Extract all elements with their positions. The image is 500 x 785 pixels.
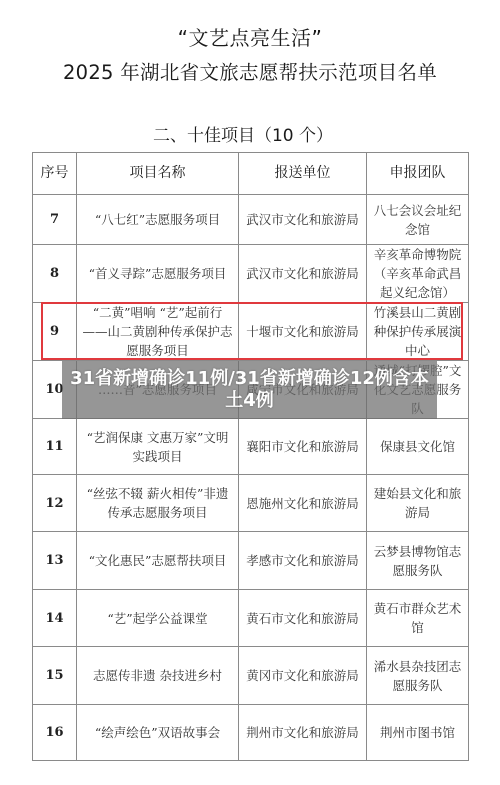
cell-team: 辛亥革命博物院（辛亥革命武昌起义纪念馆） — [367, 245, 469, 303]
table-row: 14 “艺”起学公益课堂 黄石市文化和旅游局 黄石市群众艺术馆 — [33, 590, 469, 647]
cell-no: 13 — [33, 532, 77, 590]
table-row: 7 “八七红”志愿服务项目 武汉市文化和旅游局 八七会议会址纪念馆 — [33, 195, 469, 245]
cell-team: 荆州市图书馆 — [367, 705, 469, 761]
table-row: 16 “绘声绘色”双语故事会 荆州市文化和旅游局 荆州市图书馆 — [33, 705, 469, 761]
projects-table: 序号 项目名称 报送单位 申报团队 7 “八七红”志愿服务项目 武汉市文化和旅游… — [32, 152, 469, 761]
cell-unit: 十堰市文化和旅游局 — [239, 303, 367, 361]
cell-unit: 黄冈市文化和旅游局 — [239, 647, 367, 705]
cell-no: 12 — [33, 475, 77, 532]
cell-team: 云梦县博物馆志愿服务队 — [367, 532, 469, 590]
cell-project: “八七红”志愿服务项目 — [77, 195, 239, 245]
cell-unit: 武汉市文化和旅游局 — [239, 195, 367, 245]
cell-unit: 黄石市文化和旅游局 — [239, 590, 367, 647]
cell-unit: 恩施州文化和旅游局 — [239, 475, 367, 532]
table-header-row: 序号 项目名称 报送单位 申报团队 — [33, 153, 469, 195]
document-title-line1: “文艺点亮生活” — [0, 22, 500, 51]
cell-no: 8 — [33, 245, 77, 303]
header-project: 项目名称 — [77, 153, 239, 195]
cell-unit: 荆州市文化和旅游局 — [239, 705, 367, 761]
table-row: 8 “首义寻踪”志愿服务项目 武汉市文化和旅游局 辛亥革命博物院（辛亥革命武昌起… — [33, 245, 469, 303]
cell-no: 15 — [33, 647, 77, 705]
cell-team: 建始县文化和旅游局 — [367, 475, 469, 532]
cell-no: 9 — [33, 303, 77, 361]
cell-project: “二黄”唱响 “艺”起前行——山二黄剧种传承保护志愿服务项目 — [77, 303, 239, 361]
cell-unit: 孝感市文化和旅游局 — [239, 532, 367, 590]
cell-no: 14 — [33, 590, 77, 647]
cell-project: “绘声绘色”双语故事会 — [77, 705, 239, 761]
cell-project: “艺”起学公益课堂 — [77, 590, 239, 647]
table-row: 12 “丝弦不辍 薪火相传”非遗传承志愿服务项目 恩施州文化和旅游局 建始县文化… — [33, 475, 469, 532]
cell-team: 竹溪县山二黄剧种保护传承展演中心 — [367, 303, 469, 361]
document-title-line2: 2025 年湖北省文旅志愿帮扶示范项目名单 — [0, 57, 500, 85]
cell-project: “艺润保康 文惠万家”文明实践项目 — [77, 419, 239, 475]
cell-no: 7 — [33, 195, 77, 245]
cell-team: 八七会议会址纪念馆 — [367, 195, 469, 245]
cell-unit: 武汉市文化和旅游局 — [239, 245, 367, 303]
table-row: 13 “文化惠民”志愿帮扶项目 孝感市文化和旅游局 云梦县博物馆志愿服务队 — [33, 532, 469, 590]
table-row-highlighted: 9 “二黄”唱响 “艺”起前行——山二黄剧种传承保护志愿服务项目 十堰市文化和旅… — [33, 303, 469, 361]
cell-project: 志愿传非遗 杂技进乡村 — [77, 647, 239, 705]
cell-team: 保康县文化馆 — [367, 419, 469, 475]
cell-team: 黄石市群众艺术馆 — [367, 590, 469, 647]
table-row: 15 志愿传非遗 杂技进乡村 黄冈市文化和旅游局 浠水县杂技团志愿服务队 — [33, 647, 469, 705]
cell-project: “文化惠民”志愿帮扶项目 — [77, 532, 239, 590]
cell-team: 浠水县杂技团志愿服务队 — [367, 647, 469, 705]
section-heading: 二、十佳项目（10 个） — [0, 121, 493, 146]
header-unit: 报送单位 — [239, 153, 367, 195]
cell-unit: 襄阳市文化和旅游局 — [239, 419, 367, 475]
cell-project: “首义寻踪”志愿服务项目 — [77, 245, 239, 303]
header-no: 序号 — [33, 153, 77, 195]
headline-text: 31省新增确诊11例/31省新增确诊12例含本土4例 — [66, 368, 433, 412]
header-team: 申报团队 — [367, 153, 469, 195]
cell-no: 16 — [33, 705, 77, 761]
cell-project: “丝弦不辍 薪火相传”非遗传承志愿服务项目 — [77, 475, 239, 532]
table-row: 11 “艺润保康 文惠万家”文明实践项目 襄阳市文化和旅游局 保康县文化馆 — [33, 419, 469, 475]
cell-no: 11 — [33, 419, 77, 475]
headline-overlay-banner[interactable]: 31省新增确诊11例/31省新增确诊12例含本土4例 — [62, 361, 437, 419]
